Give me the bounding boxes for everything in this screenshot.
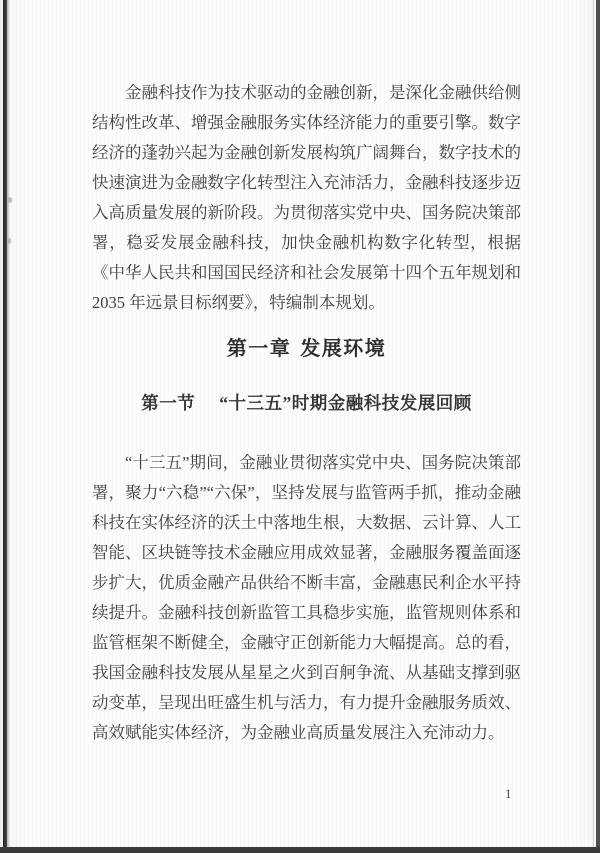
section-title: “十三五”时期金融科技发展回顾 (219, 393, 472, 413)
scan-edge-left-fade (7, 0, 10, 853)
section-heading: 第一节“十三五”时期金融科技发展回顾 (92, 390, 521, 416)
scan-edge-right-line (593, 0, 594, 853)
page-number: 1 (505, 786, 512, 802)
scan-speck (8, 238, 11, 244)
scan-edge-bottom (0, 847, 600, 853)
review-paragraph: “十三五”期间，金融业贯彻落实党中央、国务院决策部署，聚力“六稳”“六保”，坚持… (92, 448, 521, 748)
chapter-heading: 第一章发展环境 (92, 336, 521, 362)
scan-speck (8, 197, 12, 203)
chapter-title: 发展环境 (300, 338, 386, 360)
section-label: 第一节 (141, 393, 195, 413)
intro-paragraph: 金融科技作为技术驱动的金融创新，是深化金融供给侧结构性改革、增强金融服务实体经济… (92, 78, 521, 318)
scan-edge-right (596, 0, 600, 853)
scanned-document-page: 金融科技作为技术驱动的金融创新，是深化金融供给侧结构性改革、增强金融服务实体经济… (0, 0, 600, 853)
chapter-label: 第一章 (227, 338, 292, 360)
